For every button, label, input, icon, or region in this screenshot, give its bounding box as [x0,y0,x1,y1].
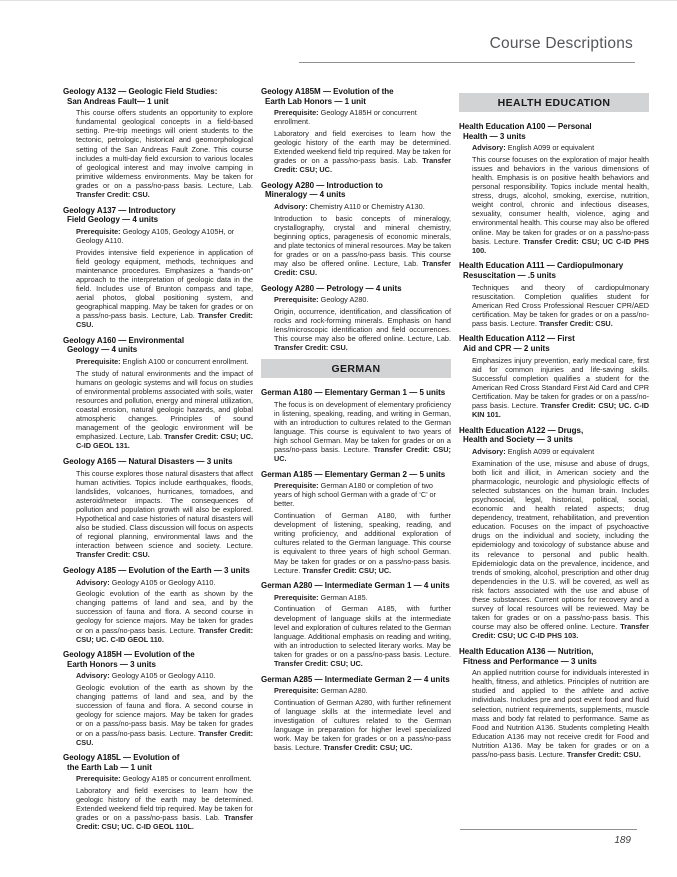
requisite-label: Advisory: [76,671,112,680]
course-title-line: Geology A280 — Petrology — 4 units [261,284,451,294]
transfer-credit: Transfer Credit: CSU. [76,550,150,559]
requisite-line: Prerequisite: English A100 or concurrent… [76,357,253,366]
course-title-line: Geology A165 — Natural Disasters — 3 uni… [63,457,253,467]
course-description: Emphasizes injury prevention, early medi… [472,356,649,420]
course-title-line: Health Education A112 — First [459,334,649,344]
course-title: Health Education A111 — CardiopulmonaryR… [459,261,649,280]
requisite-line: Prerequisite: German A180 or completion … [274,481,451,508]
course-entry: Geology A280 — Petrology — 4 unitsPrereq… [261,284,451,353]
course-title: Geology A137 — IntroductoryField Geology… [63,206,253,225]
course-description: Continuation of German A280, with furthe… [274,698,451,753]
course-entry: Health Education A111 — CardiopulmonaryR… [459,261,649,328]
section-header: HEALTH EDUCATION [459,93,649,112]
course-title: Health Education A122 — Drugs,Health and… [459,426,649,445]
section-header: GERMAN [261,359,451,378]
course-title-line: Fitness and Performance — 3 units [459,657,649,667]
requisite-label: Prerequisite: [274,593,321,602]
transfer-credit: Transfer Credit: CSU. [76,190,150,199]
requisite-label: Advisory: [472,143,508,152]
course-entry: Geology A160 — EnvironmentalGeology — 4 … [63,336,253,451]
course-description: Provides intensive field experience in a… [76,248,253,330]
course-columns: Geology A132 — Geologic Field Studies:Sa… [63,87,648,838]
column-2: Geology A185M — Evolution of theEarth La… [261,87,451,838]
requisite-line: Prerequisite: German A280. [274,686,451,695]
transfer-credit: Transfer Credit: CSU; UC. [274,445,451,463]
course-title: Geology A280 — Petrology — 4 units [261,284,451,294]
page-header-title: Course Descriptions [490,35,633,53]
course-title: Geology A165 — Natural Disasters — 3 uni… [63,457,253,467]
course-entry: Geology A185H — Evolution of theEarth Ho… [63,650,253,746]
requisite-line: Advisory: English A099 or equivalent [472,143,649,152]
header-rule [299,62,635,63]
transfer-credit: Transfer Credit: CSU. [76,311,253,329]
course-title-line: Geology A280 — Introduction to [261,181,451,191]
course-description: Laboratory and field exercises to learn … [274,129,451,174]
requisite-line: Advisory: English A099 or equivalent [472,447,649,456]
course-description: This course explores those natural disas… [76,469,253,560]
course-description: The focus is on development of elementar… [274,400,451,464]
course-entry: Geology A280 — Introduction toMineralogy… [261,181,451,277]
catalog-page: Course Descriptions Geology A132 — Geolo… [0,0,677,877]
course-title: German A185 — Elementary German 2 — 5 un… [261,470,451,480]
course-title-line: Aid and CPR — 2 units [459,344,649,354]
column-1: Geology A132 — Geologic Field Studies:Sa… [63,87,253,838]
course-title-line: Geology A185M — Evolution of the [261,87,451,97]
requisite-line: Prerequisite: Geology A105, Geology A105… [76,227,253,245]
transfer-credit: Transfer Credit: CSU; UC. [323,743,412,752]
transfer-credit: Transfer Credit: CSU; UC. C-ID GEOL 110. [76,626,253,644]
course-description: This course focuses on the exploration o… [472,155,649,255]
course-description: Techniques and theory of cardiopulmonary… [472,283,649,328]
course-title-line: Mineralogy — 4 units [261,190,451,200]
course-title-line: German A185 — Elementary German 2 — 5 un… [261,470,451,480]
requisite-label: Prerequisite: [274,108,321,117]
requisite-label: Advisory: [472,447,508,456]
course-description: Continuation of German A180, with furthe… [274,511,451,575]
requisite-line: Advisory: Chemistry A110 or Chemistry A1… [274,202,451,211]
course-title-line: Geology A137 — Introductory [63,206,253,216]
course-description: Introduction to basic concepts of minera… [274,214,451,278]
transfer-credit: Transfer Credit: CSU. [76,729,253,747]
course-title-line: German A180 — Elementary German 1 — 5 un… [261,388,451,398]
course-title-line: Health Education A136 — Nutrition, [459,647,649,657]
course-title-line: Health Education A100 — Personal [459,122,649,132]
requisite-label: Prerequisite: [76,774,123,783]
requisite-line: Prerequisite: German A185. [274,593,451,602]
transfer-credit: Transfer Credit: CSU. [539,319,613,328]
requisite-line: Advisory: Geology A105 or Geology A110. [76,578,253,587]
course-entry: Geology A185L — Evolution ofthe Earth La… [63,753,253,831]
requisite-label: Prerequisite: [274,295,321,304]
course-title: Geology A185M — Evolution of theEarth La… [261,87,451,106]
course-title-line: Geology A185H — Evolution of the [63,650,253,660]
requisite-label: Prerequisite: [274,481,321,490]
course-description: Laboratory and field exercises to learn … [76,786,253,831]
course-title: German A280 — Intermediate German 1 — 4 … [261,581,451,591]
course-description: Examination of the use, misuse and abuse… [472,459,649,641]
course-title-line: the Earth Lab — 1 unit [63,763,253,773]
course-description: This course offers students an opportuni… [76,108,253,199]
requisite-label: Prerequisite: [274,686,321,695]
transfer-credit: Transfer Credit: CSU; UC. [302,566,391,575]
course-title-line: Geology A185 — Evolution of the Earth — … [63,566,253,576]
course-title-line: Geology A160 — Environmental [63,336,253,346]
course-title: Geology A280 — Introduction toMineralogy… [261,181,451,200]
course-entry: German A180 — Elementary German 1 — 5 un… [261,388,451,463]
course-title-line: Health Education A111 — Cardiopulmonary [459,261,649,271]
course-title-line: Health and Society — 3 units [459,435,649,445]
transfer-credit: Transfer Credit: CSU; UC. C-ID GEOL 110L… [76,813,253,831]
requisite-label: Advisory: [76,578,112,587]
course-entry: German A280 — Intermediate German 1 — 4 … [261,581,451,668]
requisite-line: Advisory: Geology A105 or Geology A110. [76,671,253,680]
course-title-line: Field Geology — 4 units [63,215,253,225]
course-title: Geology A185H — Evolution of theEarth Ho… [63,650,253,669]
page-number: 189 [614,835,631,846]
course-entry: German A285 — Intermediate German 2 — 4 … [261,675,451,753]
course-title: Geology A185L — Evolution ofthe Earth La… [63,753,253,772]
course-description: An applied nutrition course for individu… [472,668,649,759]
course-description: Continuation of German A185, with furthe… [274,604,451,668]
course-title: Health Education A100 — PersonalHealth —… [459,122,649,141]
column-3: HEALTH EDUCATIONHealth Education A100 — … [459,87,649,838]
footer-rule [460,829,637,830]
course-entry: Geology A165 — Natural Disasters — 3 uni… [63,457,253,560]
course-title: German A285 — Intermediate German 2 — 4 … [261,675,451,685]
requisite-line: Prerequisite: Geology A185 or concurrent… [76,774,253,783]
transfer-credit: Transfer Credit: CSU; UC. [274,156,451,174]
transfer-credit: Transfer Credit: CSU. [274,259,451,277]
course-title: Geology A185 — Evolution of the Earth — … [63,566,253,576]
transfer-credit: Transfer Credit: CSU. [567,750,641,759]
requisite-label: Prerequisite: [76,357,123,366]
course-title-line: Health — 3 units [459,132,649,142]
course-entry: German A185 — Elementary German 2 — 5 un… [261,470,451,575]
course-title-line: German A285 — Intermediate German 2 — 4 … [261,675,451,685]
course-title-line: Health Education A122 — Drugs, [459,426,649,436]
course-title: Geology A132 — Geologic Field Studies:Sa… [63,87,253,106]
transfer-credit: Transfer Credit: CSU; UC. C-ID KIN 101. [472,401,649,419]
requisite-label: Advisory: [274,202,310,211]
course-entry: Geology A185M — Evolution of theEarth La… [261,87,451,174]
transfer-credit: Transfer Credit: CSU; UC. C-ID GEOL 131. [76,432,253,450]
transfer-credit: Transfer Credit: CSU. [274,343,348,352]
course-description: Geologic evolution of the earth as shown… [76,589,253,644]
course-entry: Health Education A122 — Drugs,Health and… [459,426,649,641]
course-entry: Health Education A136 — Nutrition,Fitnes… [459,647,649,759]
course-title-line: Earth Honors — 3 units [63,660,253,670]
course-entry: Geology A185 — Evolution of the Earth — … [63,566,253,644]
transfer-credit: Transfer Credit: CSU; UC C-ID PHS 100. [472,237,649,255]
requisite-line: Prerequisite: Geology A185H or concurren… [274,108,451,126]
course-title: Health Education A112 — FirstAid and CPR… [459,334,649,353]
course-entry: Geology A137 — IntroductoryField Geology… [63,206,253,330]
course-description: The study of natural environments and th… [76,369,253,451]
course-entry: Health Education A112 — FirstAid and CPR… [459,334,649,419]
transfer-credit: Transfer Credit: CSU; UC. [274,659,363,668]
course-title-line: San Andreas Fault— 1 unit [63,97,253,107]
course-description: Geologic evolution of the earth as shown… [76,683,253,747]
course-title-line: Geology A185L — Evolution of [63,753,253,763]
course-title: Geology A160 — EnvironmentalGeology — 4 … [63,336,253,355]
course-title-line: Geology — 4 units [63,345,253,355]
requisite-label: Prerequisite: [76,227,123,236]
transfer-credit: Transfer Credit: CSU; UC C-ID PHS 103. [472,622,649,640]
course-title-line: German A280 — Intermediate German 1 — 4 … [261,581,451,591]
course-title-line: Earth Lab Honors — 1 unit [261,97,451,107]
requisite-line: Prerequisite: Geology A280. [274,295,451,304]
course-title-line: Resuscitation — .5 units [459,271,649,281]
course-entry: Geology A132 — Geologic Field Studies:Sa… [63,87,253,199]
course-title: Health Education A136 — Nutrition,Fitnes… [459,647,649,666]
course-title-line: Geology A132 — Geologic Field Studies: [63,87,253,97]
course-entry: Health Education A100 — PersonalHealth —… [459,122,649,255]
course-title: German A180 — Elementary German 1 — 5 un… [261,388,451,398]
course-description: Origin, occurrence, identification, and … [274,307,451,352]
